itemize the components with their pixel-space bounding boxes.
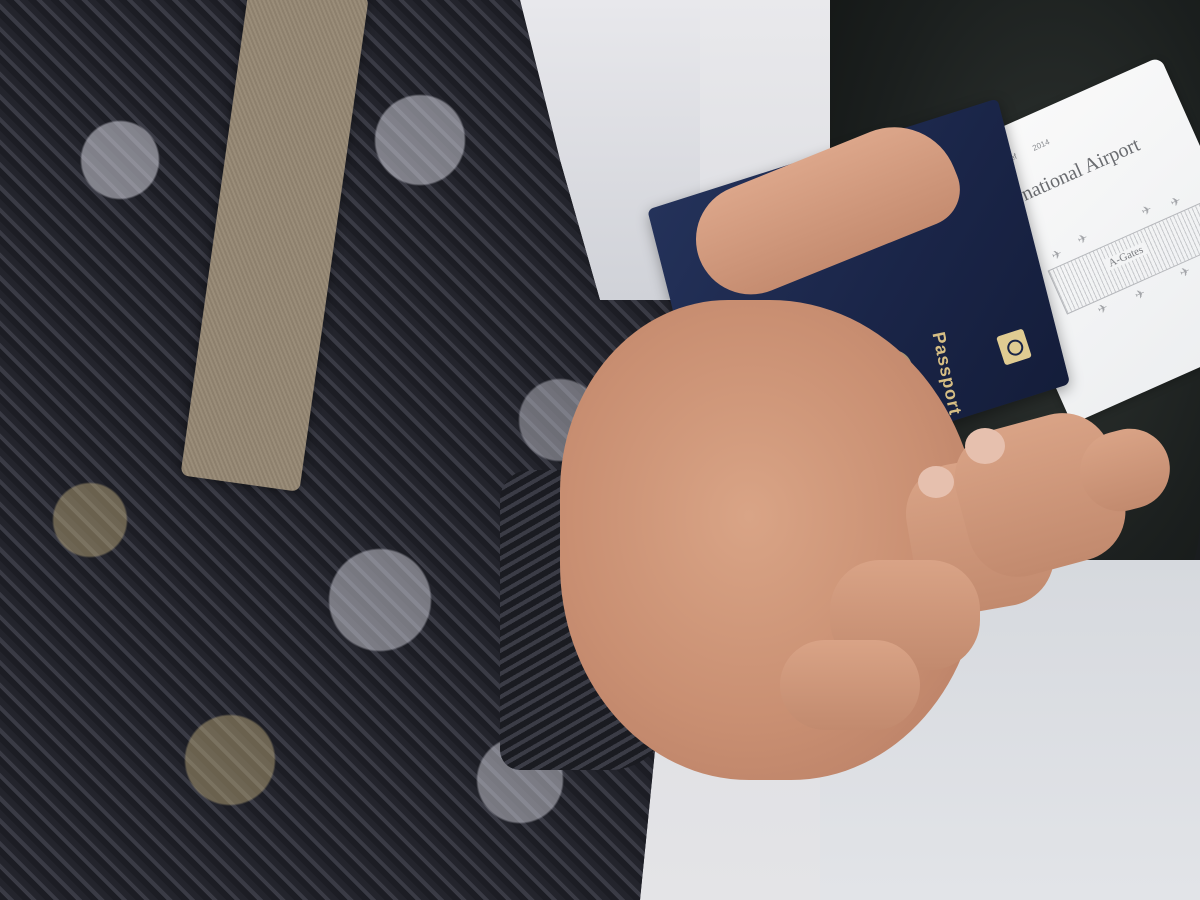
photo-scene: Pass Ref 2014 International Airport A-Ga… [0, 0, 1200, 900]
fingernail [918, 466, 954, 498]
plane-icon: ✈ [1095, 300, 1110, 317]
plane-icon: ✈ [1075, 230, 1090, 247]
plane-icon: ✈ [1133, 286, 1148, 303]
plane-icon: ✈ [1168, 193, 1183, 210]
fingernail [965, 428, 1005, 464]
plane-icon: ✈ [1049, 246, 1064, 263]
plane-icon: ✈ [1139, 202, 1154, 219]
meta-year: 2014 [1031, 137, 1051, 152]
finger [780, 640, 920, 730]
plane-icon: ✈ [1178, 264, 1193, 281]
